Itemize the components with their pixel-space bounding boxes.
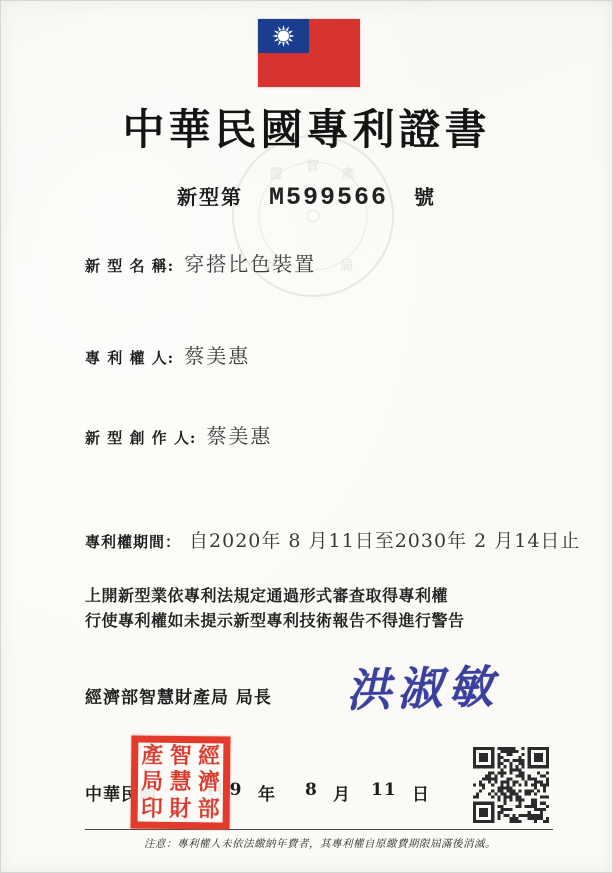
field-label: 專利權期間： <box>85 531 181 552</box>
field-label: 新 型 創 作 人: <box>85 427 196 448</box>
legal-notice-line1: 上開新型業依專利法規定通過形式審查取得專利權 <box>85 583 465 608</box>
footer-divider <box>85 829 553 830</box>
seal-char: 產 <box>138 743 167 770</box>
seal-char: 智 <box>166 743 195 770</box>
legal-notice: 上開新型業依專利法規定通過形式審查取得專利權 行使專利權如未提示新型專利技術報告… <box>85 583 465 633</box>
field-model-name: 新 型 名 稱: 穿搭比色裝置 <box>85 248 316 277</box>
svg-text:產: 產 <box>342 166 355 182</box>
seal-char: 經 <box>195 743 224 770</box>
field-value: 穿搭比色裝置 <box>184 248 316 277</box>
certificate-title: 中華民國專利證書 <box>0 97 613 157</box>
seal-char: 部 <box>194 796 223 823</box>
field-patentee: 專 利 權 人: 蔡美惠 <box>85 340 250 369</box>
field-patent-term: 專利權期間： 自2020年 8 月11日至2030年 2 月14日止 <box>85 526 580 553</box>
svg-text:局: 局 <box>340 259 353 274</box>
issuer-title: 經濟部智慧財產局 局長 <box>85 683 272 708</box>
seal-char: 財 <box>166 796 195 823</box>
roc-flag <box>258 19 360 87</box>
patent-certificate-page: 證智產 財局 中華民國專利證書 新型第 M599566 號 新 型 名 稱: 穿… <box>0 0 613 873</box>
certificate-number: M599566 <box>269 183 388 212</box>
director-signature: 洪淑敏 <box>345 650 517 719</box>
field-value: 蔡美惠 <box>184 340 250 369</box>
qr-code <box>473 747 549 823</box>
date-month: 8 <box>305 780 318 800</box>
date-day-unit: 日 <box>412 780 430 805</box>
field-value: 自2020年 8 月11日至2030年 2 月14日止 <box>189 526 580 553</box>
field-label: 新 型 名 稱: <box>85 255 174 276</box>
certificate-number-line: 新型第 M599566 號 <box>0 181 613 212</box>
legal-notice-line2: 行使專利權如未提示新型專利技術報告不得進行警告 <box>85 608 465 633</box>
number-suffix: 號 <box>414 181 436 210</box>
number-prefix: 新型第 <box>177 181 243 210</box>
seal-char: 濟 <box>195 769 224 796</box>
footnote-notice: 注意：專利權人未依法繳納年費者，其專利權自原繳費期限屆滿後消滅。 <box>90 836 550 851</box>
field-value: 蔡美惠 <box>206 420 272 449</box>
date-year-unit: 年 <box>258 780 276 805</box>
seal-char: 印 <box>138 795 167 822</box>
svg-text:證: 證 <box>270 166 283 182</box>
seal-char: 局 <box>138 769 167 796</box>
office-red-seal: 產 智 經 局 慧 濟 印 財 部 <box>131 735 231 829</box>
date-month-unit: 月 <box>333 780 351 805</box>
field-creator: 新 型 創 作 人: 蔡美惠 <box>85 420 272 449</box>
field-label: 專 利 權 人: <box>85 347 174 368</box>
date-day: 11 <box>371 780 397 800</box>
svg-text:智: 智 <box>306 158 319 174</box>
seal-char: 慧 <box>166 769 195 796</box>
